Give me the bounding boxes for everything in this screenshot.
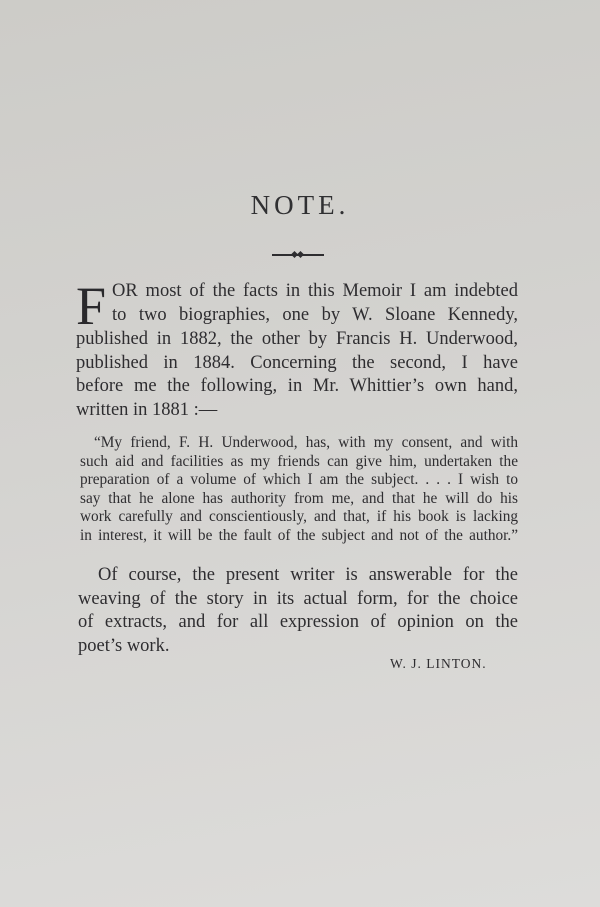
page-title: NOTE.: [0, 190, 600, 221]
quotation-line: preparation of a volume of which I am th…: [80, 471, 518, 490]
quotation-line: say that he alone has authority from me,…: [80, 490, 518, 509]
paragraph-line: published in 1884. Concerning the second…: [76, 352, 518, 376]
quotation-line: work carefully and conscientiously, and …: [80, 508, 518, 527]
paragraph-line: poet’s work.: [78, 635, 518, 659]
author-signature: W. J. LINTON.: [390, 656, 487, 672]
ornament-diamond-icon: [297, 251, 304, 258]
paragraph-line: of extracts, and for all expression of o…: [78, 611, 518, 635]
paragraph-line: written in 1881 :—: [76, 399, 518, 423]
intro-paragraph: F OR most of the facts in this Memoir I …: [76, 280, 518, 422]
quotation-line: in interest, it will be the fault of the…: [80, 527, 518, 546]
book-page: NOTE. F OR most of the facts in this Mem…: [0, 0, 600, 907]
paragraph-line: published in 1882, the other by Francis …: [76, 328, 518, 352]
drop-cap: F: [76, 284, 106, 328]
paragraph-line: OR most of the facts in this Memoir I am…: [76, 280, 518, 304]
quotation-line: such aid and facilities as my friends ca…: [80, 453, 518, 472]
paragraph-line: before me the following, in Mr. Whittier…: [76, 375, 518, 399]
paragraph-line: to two biographies, one by W. Sloane Ken…: [76, 304, 518, 328]
block-quotation: “My friend, F. H. Underwood, has, with m…: [94, 434, 518, 545]
paragraph-line: weaving of the story in its actual form,…: [78, 588, 518, 612]
ornament-divider-icon: [272, 252, 324, 258]
closing-paragraph: Of course, the present writer is answera…: [78, 564, 518, 658]
quotation-line: “My friend, F. H. Underwood, has, with m…: [94, 434, 518, 453]
paragraph-line: Of course, the present writer is answera…: [78, 564, 518, 588]
